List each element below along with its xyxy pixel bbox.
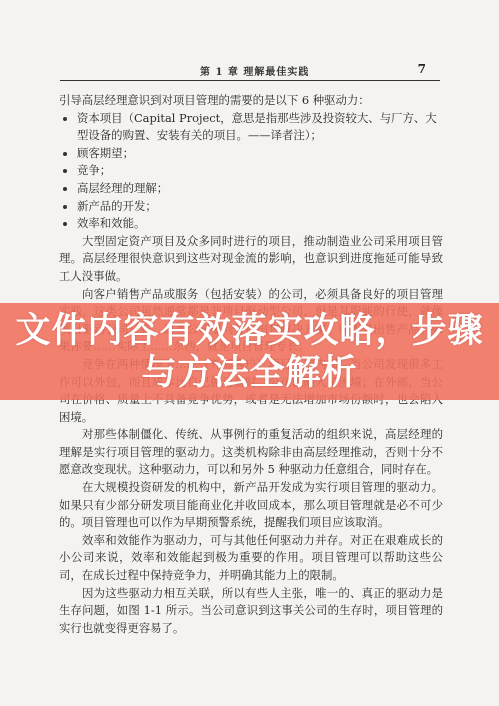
paragraph: 对那些体制僵化、传统、从事例行的重复活动的组织来说，高层经理的理解是实行项目管理… (59, 426, 443, 479)
list-item-text: 顾客期望； (77, 146, 134, 160)
paragraph: 因为这些驱动力相互关联，所以有些人主张，唯一的、真正的驱动力是生存问题，如图 1… (59, 585, 443, 638)
title-banner: 文件内容有效落实攻略，步骤 与方法全解析 (0, 303, 499, 400)
list-item-text: 竞争； (77, 163, 111, 177)
list-item: 效率和效能。 (59, 215, 443, 233)
banner-title-line-2: 与方法全解析 (141, 352, 357, 394)
list-item: 资本项目（Capital Project，意思是指那些涉及投资较大、与厂方、大型… (59, 110, 443, 145)
list-item: 竞争； (59, 162, 443, 180)
paragraph: 效率和效能作为驱动力，可与其他任何驱动力并存。对正在艰难成长的小公司来说，效率和… (59, 532, 443, 585)
list-item-text: 资本项目（Capital Project，意思是指那些涉及投资较大、与厂方、大型… (77, 111, 437, 143)
list-item-text: 新产品的开发； (77, 199, 157, 213)
document-page: 第 1 章 理解最佳实践 7 引导高层经理意识到对项目管理的需要的是以下 6 种… (0, 0, 499, 706)
list-item: 顾客期望； (59, 145, 443, 163)
running-header: 第 1 章 理解最佳实践 7 (60, 62, 440, 81)
bullet-icon (63, 152, 67, 156)
bullet-icon (63, 117, 67, 121)
bullet-icon (63, 187, 67, 191)
paragraph: 大型固定资产项目及众多同时进行的项目，推动制造业公司采用项目管理。高层经理很快意… (59, 233, 443, 286)
chapter-title: 第 1 章 理解最佳实践 (200, 63, 309, 78)
list-item: 高层经理的理解； (59, 180, 443, 198)
intro-paragraph: 引导高层经理意识到对项目管理的需要的是以下 6 种驱动力： (59, 92, 443, 110)
bullet-icon (63, 169, 67, 173)
paragraph: 在大规模投资研发的机构中，新产品开发成为实行项目管理的驱动力。如果只有少部分研发… (59, 479, 443, 532)
bullet-icon (63, 205, 67, 209)
banner-title-line-1: 文件内容有效落实攻略，步骤 (15, 310, 483, 352)
list-item-text: 效率和效能。 (77, 216, 145, 230)
drivers-list: 资本项目（Capital Project，意思是指那些涉及投资较大、与厂方、大型… (59, 110, 443, 233)
list-item-text: 高层经理的理解； (77, 181, 168, 195)
list-item: 新产品的开发； (59, 198, 443, 216)
page-number: 7 (418, 62, 426, 76)
bullet-icon (63, 222, 67, 226)
